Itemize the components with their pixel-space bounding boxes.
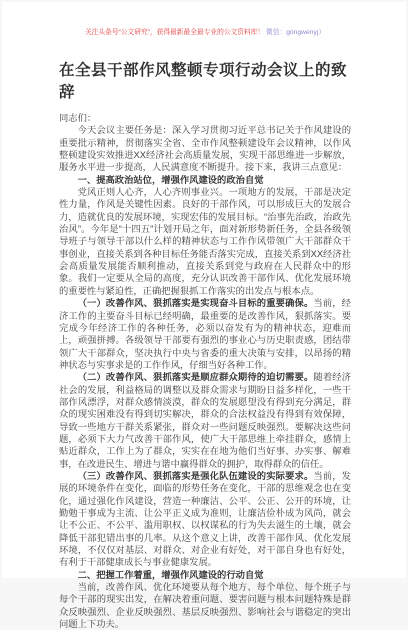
promo-text: 关注头条号“公文研究”，获得最新最全最专业的公文资料库！	[85, 29, 264, 36]
paragraph-bold-lead: （二）改善作风、狠抓落实是顺应群众期待的迫切需要。	[78, 372, 314, 382]
section-heading: 一、提高政治站位，增强作风建设的政治自觉	[59, 174, 351, 186]
section-heading: 二、把握工作着重，增强作风建设的行动自觉	[59, 569, 351, 580]
paragraph-bold-lead: （三）改善作风、狠抓落实是强化队伍建设的实际要求。	[78, 471, 314, 481]
paragraph: 党风正则人心齐，人心齐则事业兴。一项地方的发展，干部是决定性力量，作风是关键性因…	[59, 186, 351, 297]
document-page: 关注头条号“公文研究”，获得最新最全最专业的公文资料库！ 微信：gongweny…	[2, 2, 406, 578]
promo-wechat-contact: 微信：gongwenyj）	[266, 29, 325, 36]
paragraph: （一）改善作风、狠抓落实是实现奋斗目标的重要确保。当前，经济工作的主要奋斗目标已…	[59, 297, 351, 371]
paragraph: （三）改善作风、狠抓落实是强化队伍建设的实际要求。当前，发展的环境条件在变化，面…	[59, 470, 351, 569]
paragraph: 今天会议主要任务是：深入学习贯彻习近平总书记关于作风建设的重要批示精神，贯彻落实…	[59, 124, 351, 173]
paragraph-bold-lead: （一）改善作风、狠抓落实是实现奋斗目标的重要确保。	[78, 298, 314, 308]
paragraph: 同志们：	[59, 112, 351, 124]
promo-banner: 关注头条号“公文研究”，获得最新最全最专业的公文资料库！ 微信：gongweny…	[65, 28, 345, 37]
document-body: 同志们：今天会议主要任务是：深入学习贯彻习近平总书记关于作风建设的重要批示精神，…	[59, 112, 351, 580]
document-title: 在全县干部作风整顿专项行动会议上的致辞	[59, 58, 351, 102]
paragraph: （二）改善作风、狠抓落实是顺应群众期待的迫切需要。随着经济社会的发展，利益格局的…	[59, 371, 351, 470]
